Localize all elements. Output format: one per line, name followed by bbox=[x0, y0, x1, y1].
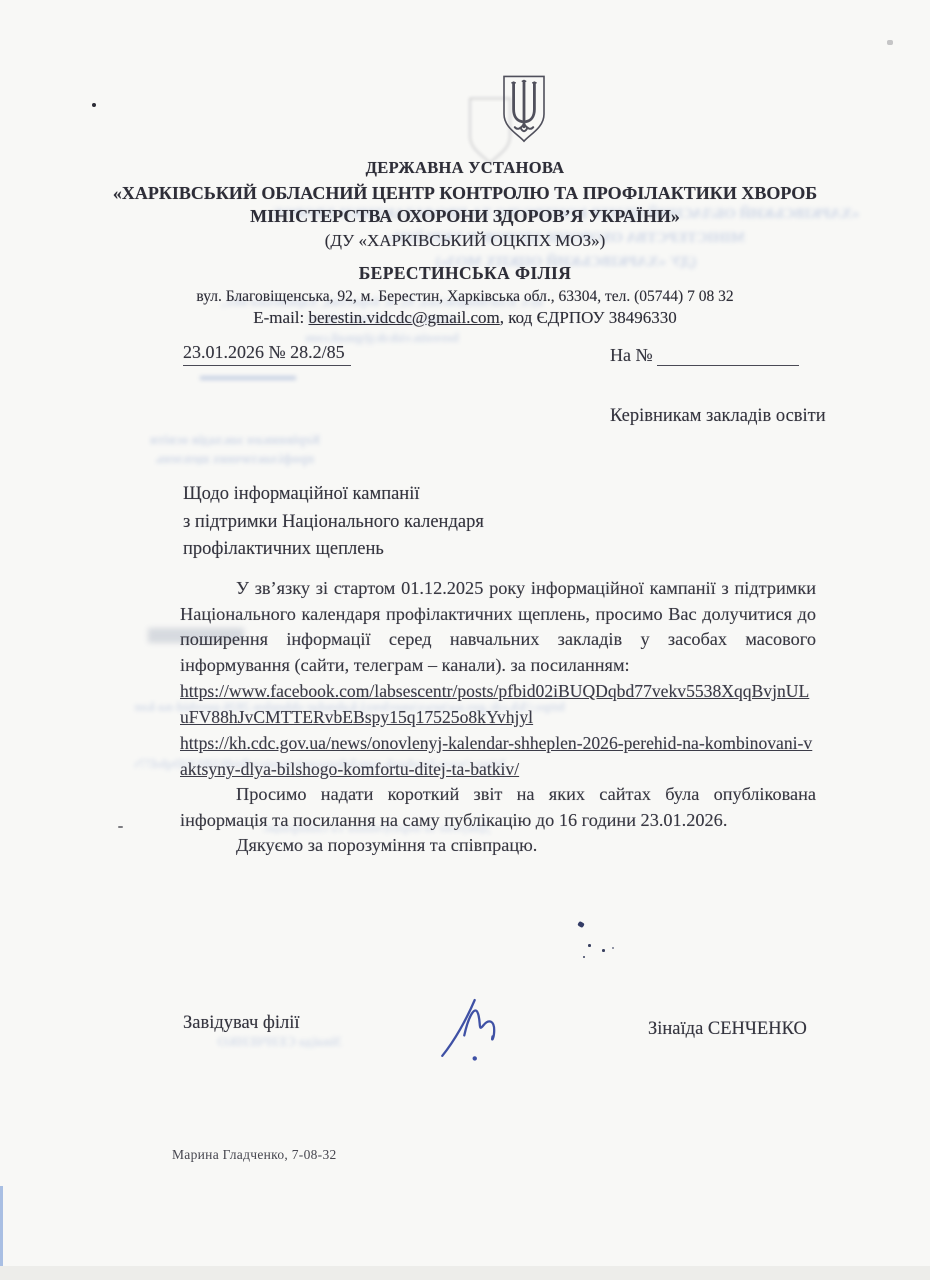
email-address: berestin.vidcdc@gmail.com bbox=[308, 308, 499, 327]
outgoing-ref: 23.01.2026 № 28.2/85 bbox=[183, 342, 351, 366]
bleed-through-addressee: Керівникам закладів освіти профілактични… bbox=[140, 430, 330, 468]
letterhead: ДЕРЖАВНА УСТАНОВА «ХАРКІВСЬКИЙ ОБЛАСНИЙ … bbox=[40, 158, 890, 328]
subject-line: з підтримки Національного календаря bbox=[183, 509, 484, 537]
ink-speck bbox=[583, 956, 585, 958]
letter-body: У зв’язку зі стартом 01.12.2025 року інф… bbox=[180, 576, 816, 859]
subject-block: Щодо інформаційної кампанії з підтримки … bbox=[183, 481, 484, 564]
incoming-ref: На № bbox=[610, 345, 799, 366]
subject-line: профілактичних щеплень bbox=[183, 536, 484, 564]
ink-speck bbox=[92, 103, 96, 107]
scan-mark bbox=[887, 40, 893, 45]
ink-speck bbox=[612, 947, 614, 949]
ink-speck bbox=[588, 944, 591, 947]
org-address: вул. Благовіщенська, 92, м. Берестин, Ха… bbox=[40, 288, 890, 306]
paragraph-campaign: У зв’язку зі стартом 01.12.2025 року інф… bbox=[180, 576, 816, 678]
org-short-name: (ДУ «ХАРКІВСЬКИЙ ОЦКПХ МОЗ») bbox=[40, 231, 890, 251]
ink-speck bbox=[577, 921, 585, 928]
signer-title: Завідувач філії bbox=[183, 1013, 300, 1034]
signer-name: Зінаїда СЕНЧЕНКО bbox=[648, 1019, 807, 1040]
incoming-ref-blank bbox=[657, 348, 799, 366]
cdc-news-link[interactable]: https://kh.cdc.gov.ua/news/onovlenyj-kal… bbox=[180, 730, 816, 782]
scan-bottom-band bbox=[0, 1266, 930, 1280]
addressee: Керівникам закладів освіти bbox=[610, 406, 826, 427]
scan-mark bbox=[118, 826, 123, 828]
executor-note: Марина Гладченко, 7-08-32 bbox=[172, 1147, 337, 1163]
org-type: ДЕРЖАВНА УСТАНОВА bbox=[40, 158, 890, 178]
paragraph-report-request: Просимо надати короткий звіт на яких сай… bbox=[180, 782, 816, 833]
bleed-through-line: Зінаїда СЕНЧЕНКО bbox=[132, 1034, 342, 1050]
handwritten-signature bbox=[428, 987, 545, 1075]
org-name: «ХАРКІВСЬКИЙ ОБЛАСНИЙ ЦЕНТР КОНТРОЛЮ ТА … bbox=[40, 182, 890, 228]
ukraine-trident-icon bbox=[500, 72, 548, 153]
org-email-line: E-mail: berestin.vidcdc@gmail.com, код Є… bbox=[40, 308, 890, 328]
subject-line: Щодо інформаційної кампанії bbox=[183, 481, 484, 509]
paragraph-thanks: Дякуємо за порозуміння та співпрацю. bbox=[180, 833, 816, 859]
branch-name: БЕРЕСТИНСЬКА ФІЛІЯ bbox=[40, 263, 890, 284]
facebook-link[interactable]: https://www.facebook.com/labsescentr/pos… bbox=[180, 678, 816, 730]
bleed-through-rule bbox=[200, 376, 296, 380]
ink-speck bbox=[602, 949, 605, 952]
scanned-letter-page: «ХАРКІВСЬКИЙ ОБЛАСНИЙ ЦЕНТР КОНТРОЛЮ ТА … bbox=[0, 0, 930, 1280]
